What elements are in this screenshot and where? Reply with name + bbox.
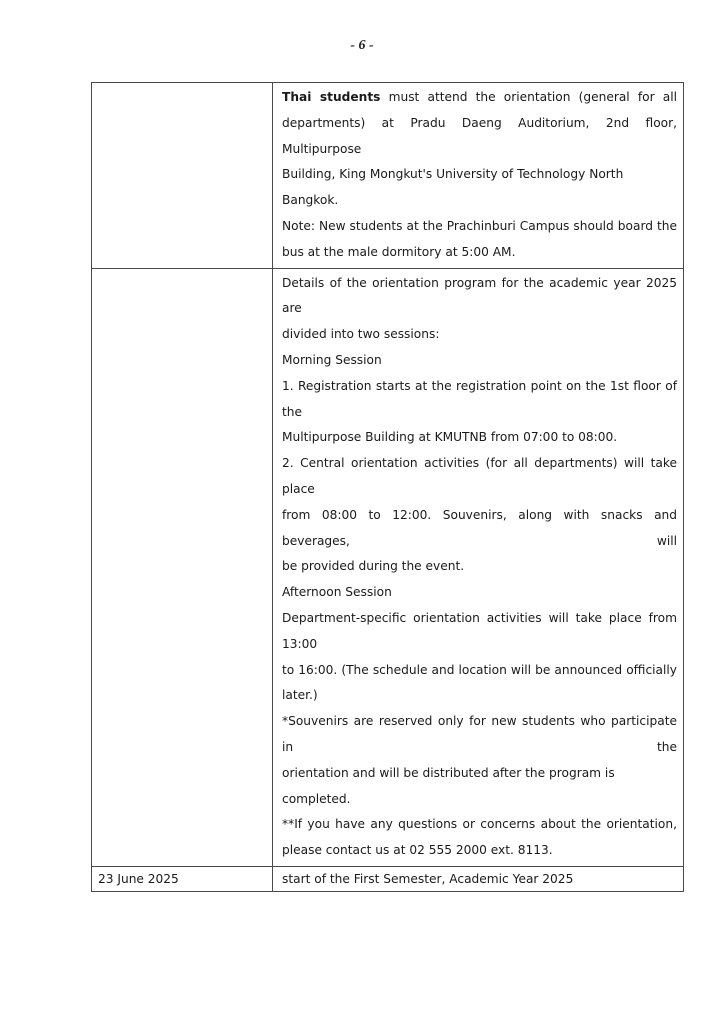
detail-line: later.) [282,683,677,709]
detail-cell: Details of the orientation program for t… [273,268,684,866]
detail-line: Note: New students at the Prachinburi Ca… [282,214,677,240]
detail-line: *Souvenirs are reserved only for new stu… [282,709,677,761]
detail-line: divided into two sessions: [282,322,677,348]
detail-line: please contact us at 02 555 2000 ext. 81… [282,838,677,864]
detail-line: Multipurpose Building at KMUTNB from 07:… [282,425,677,451]
page-number: - 6 - [0,38,724,54]
detail-line: Afternoon Session [282,580,677,606]
detail-line: to 16:00. (The schedule and location wil… [282,658,677,684]
detail-line: bus at the male dormitory at 5:00 AM. [282,240,677,266]
detail-line: 2. Central orientation activities (for a… [282,451,677,503]
detail-text: start of the First Semester, Academic Ye… [273,867,683,891]
detail-cell: Thai students must attend the orientatio… [273,83,684,269]
schedule-table: Thai students must attend the orientatio… [91,82,684,892]
table-row: 23 June 2025 start of the First Semester… [92,866,684,891]
table-row: Details of the orientation program for t… [92,268,684,866]
table-row: Thai students must attend the orientatio… [92,83,684,269]
detail-line: start of the First Semester, Academic Ye… [282,869,677,889]
detail-line: Details of the orientation program for t… [282,271,677,323]
bold-text: Thai students [282,90,380,104]
detail-line: **If you have any questions or concerns … [282,812,677,838]
detail-line: Building, King Mongkut's University of T… [282,162,677,214]
detail-text: Thai students must attend the orientatio… [273,83,683,268]
date-text: 23 June 2025 [92,867,272,888]
detail-text: Details of the orientation program for t… [273,269,683,866]
detail-line: Thai students must attend the orientatio… [282,85,677,111]
date-cell [92,268,273,866]
detail-line: 1. Registration starts at the registrati… [282,374,677,426]
detail-line: orientation and will be distributed afte… [282,761,677,813]
detail-line: Morning Session [282,348,677,374]
detail-line: be provided during the event. [282,554,677,580]
detail-line: from 08:00 to 12:00. Souvenirs, along wi… [282,503,677,555]
detail-line: Department-specific orientation activiti… [282,606,677,658]
date-cell [92,83,273,269]
date-cell: 23 June 2025 [92,866,273,891]
detail-cell: start of the First Semester, Academic Ye… [273,866,684,891]
detail-line: departments) at Pradu Daeng Auditorium, … [282,111,677,163]
